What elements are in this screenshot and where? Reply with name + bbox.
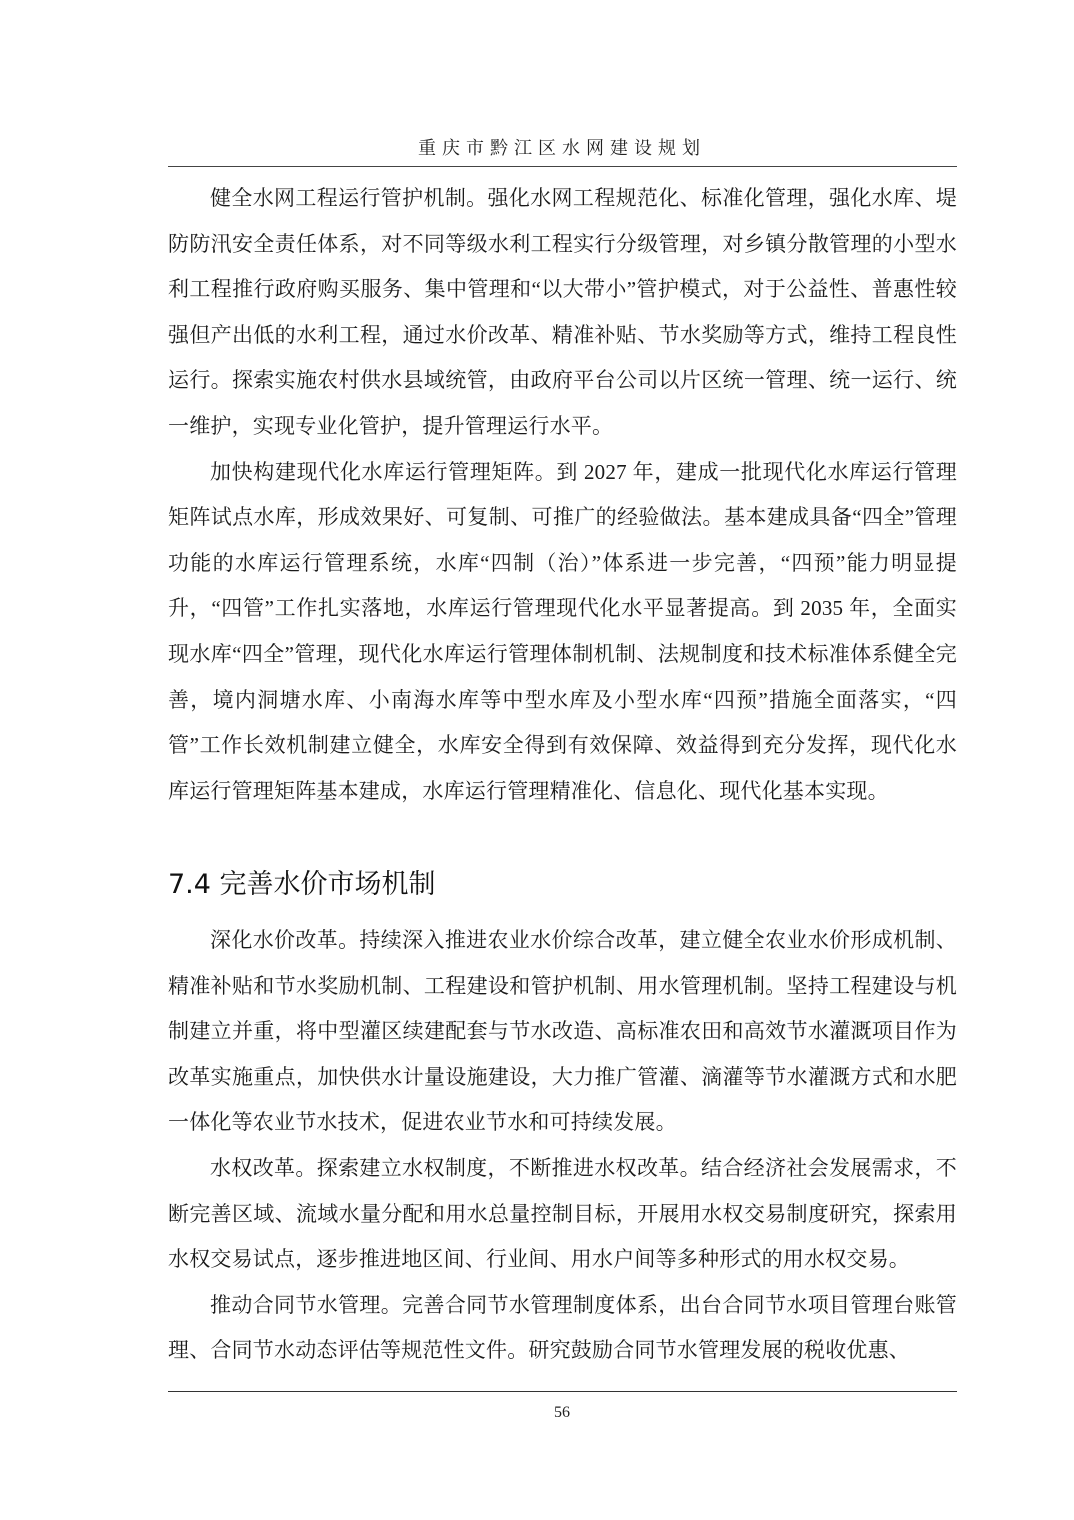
running-header-title: 重庆市黔江区水网建设规划 (0, 134, 1074, 160)
header-divider (168, 166, 957, 167)
body-text-upper: 健全水网工程运行管护机制。强化水网工程规范化、标准化管理，强化水库、堤防防汛安全… (168, 176, 957, 814)
section-heading: 7.4 完善水价市场机制 (168, 862, 436, 901)
paragraph-operation-maintenance: 健全水网工程运行管护机制。强化水网工程规范化、标准化管理，强化水库、堤防防汛安全… (168, 176, 957, 450)
footer-divider (168, 1391, 957, 1392)
paragraph-water-rights-reform: 水权改革。探索建立水权制度，不断推进水权改革。结合经济社会发展需求，不断完善区域… (168, 1146, 957, 1283)
paragraph-water-price-reform: 深化水价改革。持续深入推进农业水价综合改革，建立健全农业水价形成机制、精准补贴和… (168, 918, 957, 1146)
paragraph-contract-water-saving: 推动合同节水管理。完善合同节水管理制度体系，出台合同节水项目管理台账管理、合同节… (168, 1283, 957, 1374)
body-text-lower: 深化水价改革。持续深入推进农业水价综合改革，建立健全农业水价形成机制、精准补贴和… (168, 918, 957, 1374)
page-number: 56 (0, 1404, 1074, 1422)
paragraph-reservoir-matrix: 加快构建现代化水库运行管理矩阵。到 2027 年，建成一批现代化水库运行管理矩阵… (168, 450, 957, 815)
